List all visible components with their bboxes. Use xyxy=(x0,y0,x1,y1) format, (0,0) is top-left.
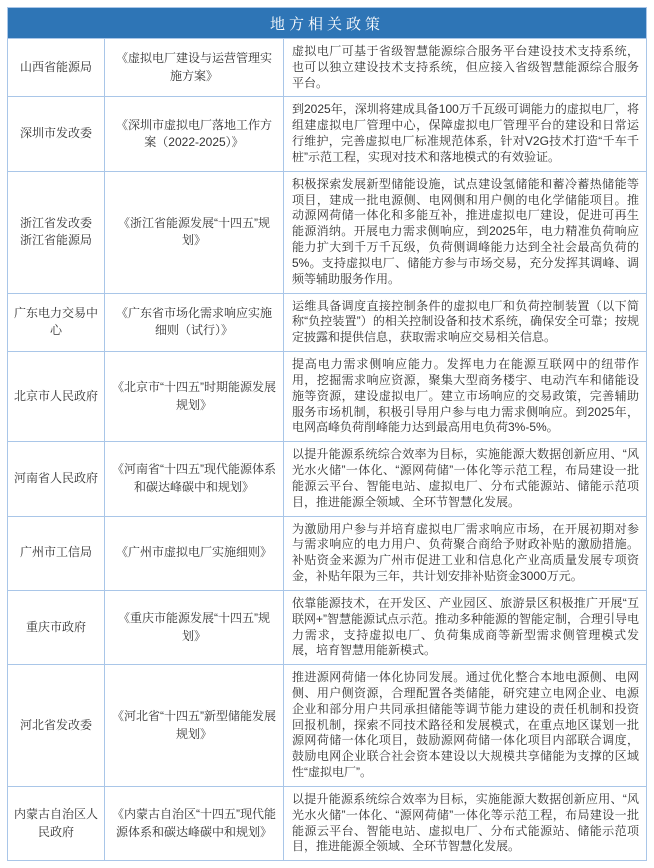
agency-cell: 重庆市政府 xyxy=(8,590,105,664)
agency-cell: 浙江省发改委 浙江省能源局 xyxy=(8,171,105,293)
agency-cell: 内蒙古自治区人民政府 xyxy=(8,786,105,860)
local-policy-table: 地方相关政策 山西省能源局 《虚拟电厂建设与运营管理实施方案》 虚拟电厂可基于省… xyxy=(7,7,647,861)
agency-cell: 广东电力交易中心 xyxy=(8,293,105,351)
description-cell: 提高电力需求侧响应能力。发挥电力在能源互联网中的纽带作用，挖掘需求响应资源，聚集… xyxy=(284,352,647,442)
table-row: 内蒙古自治区人民政府 《内蒙古自治区“十四五”现代能源体系和碳达峰碳中和规划》 … xyxy=(8,786,647,860)
policy-cell: 《北京市“十四五”时期能源发展规划》 xyxy=(105,352,284,442)
report-page: 地方相关政策 山西省能源局 《虚拟电厂建设与运营管理实施方案》 虚拟电厂可基于省… xyxy=(0,0,654,868)
table-row: 广州市工信局 《广州市虚拟电厂实施细则》 为激励用户参与并培育虚拟电厂需求响应市… xyxy=(8,516,647,590)
description-cell: 积极探索发展新型储能设施，试点建设氢储能和蓄冷蓄热储能等项目，建成一批电源侧、电… xyxy=(284,171,647,293)
table-row: 重庆市政府 《重庆市能源发展“十四五”规划》 依靠能源技术，在开发区、产业园区、… xyxy=(8,590,647,664)
agency-cell: 河南省人民政府 xyxy=(8,442,105,516)
description-cell: 以提升能源系统综合效率为目标，实施能源大数据创新应用、“风光水火储”一体化、“源… xyxy=(284,786,647,860)
description-cell: 依靠能源技术，在开发区、产业园区、旅游景区积极推广开展“互联网+”智慧能源试点示… xyxy=(284,590,647,664)
agency-cell: 深圳市发改委 xyxy=(8,97,105,171)
table-row: 浙江省发改委 浙江省能源局 《浙江省能源发展“十四五”规划》 积极探索发展新型储… xyxy=(8,171,647,293)
policy-cell: 《虚拟电厂建设与运营管理实施方案》 xyxy=(105,39,284,97)
description-cell: 到2025年，深圳将建成具备100万千瓦级可调能力的虚拟电厂，将组建虚拟电厂管理… xyxy=(284,97,647,171)
table-row: 北京市人民政府 《北京市“十四五”时期能源发展规划》 提高电力需求侧响应能力。发… xyxy=(8,352,647,442)
agency-cell: 广州市工信局 xyxy=(8,516,105,590)
description-cell: 虚拟电厂可基于省级智慧能源综合服务平台建设技术支持系统，也可以独立建设技术支持系… xyxy=(284,39,647,97)
description-cell: 以提升能源系统综合效率为目标，实施能源大数据创新应用、“风光水火储”一体化、“源… xyxy=(284,442,647,516)
policy-cell: 《重庆市能源发展“十四五”规划》 xyxy=(105,590,284,664)
table-header-row: 地方相关政策 xyxy=(8,8,647,39)
description-cell: 运维具备调度直接控制条件的虚拟电厂和负荷控制装置（以下简称“负控装置”）的相关控… xyxy=(284,293,647,351)
policy-cell: 《广州市虚拟电厂实施细则》 xyxy=(105,516,284,590)
table-row: 河南省人民政府 《河南省“十四五”现代能源体系和碳达峰碳中和规划》 以提升能源系… xyxy=(8,442,647,516)
agency-cell: 北京市人民政府 xyxy=(8,352,105,442)
table-row: 山西省能源局 《虚拟电厂建设与运营管理实施方案》 虚拟电厂可基于省级智慧能源综合… xyxy=(8,39,647,97)
table-row: 深圳市发改委 《深圳市虚拟电厂落地工作方案（2022-2025）》 到2025年… xyxy=(8,97,647,171)
policy-cell: 《内蒙古自治区“十四五”现代能源体系和碳达峰碳中和规划》 xyxy=(105,786,284,860)
policy-cell: 《河北省“十四五”新型储能发展规划》 xyxy=(105,665,284,787)
description-cell: 为激励用户参与并培育虚拟电厂需求响应市场，在开展初期对参与需求响应的电力用户、负… xyxy=(284,516,647,590)
table-title: 地方相关政策 xyxy=(8,8,647,39)
policy-cell: 《深圳市虚拟电厂落地工作方案（2022-2025）》 xyxy=(105,97,284,171)
agency-cell: 河北省发改委 xyxy=(8,665,105,787)
policy-cell: 《广东省市场化需求响应实施细则（试行）》 xyxy=(105,293,284,351)
description-cell: 推进源网荷储一体化协同发展。通过优化整合本地电源侧、电网侧、用户侧资源，合理配置… xyxy=(284,665,647,787)
policy-cell: 《河南省“十四五”现代能源体系和碳达峰碳中和规划》 xyxy=(105,442,284,516)
policy-cell: 《浙江省能源发展“十四五”规划》 xyxy=(105,171,284,293)
table-row: 河北省发改委 《河北省“十四五”新型储能发展规划》 推进源网荷储一体化协同发展。… xyxy=(8,665,647,787)
table-row: 广东电力交易中心 《广东省市场化需求响应实施细则（试行）》 运维具备调度直接控制… xyxy=(8,293,647,351)
agency-cell: 山西省能源局 xyxy=(8,39,105,97)
